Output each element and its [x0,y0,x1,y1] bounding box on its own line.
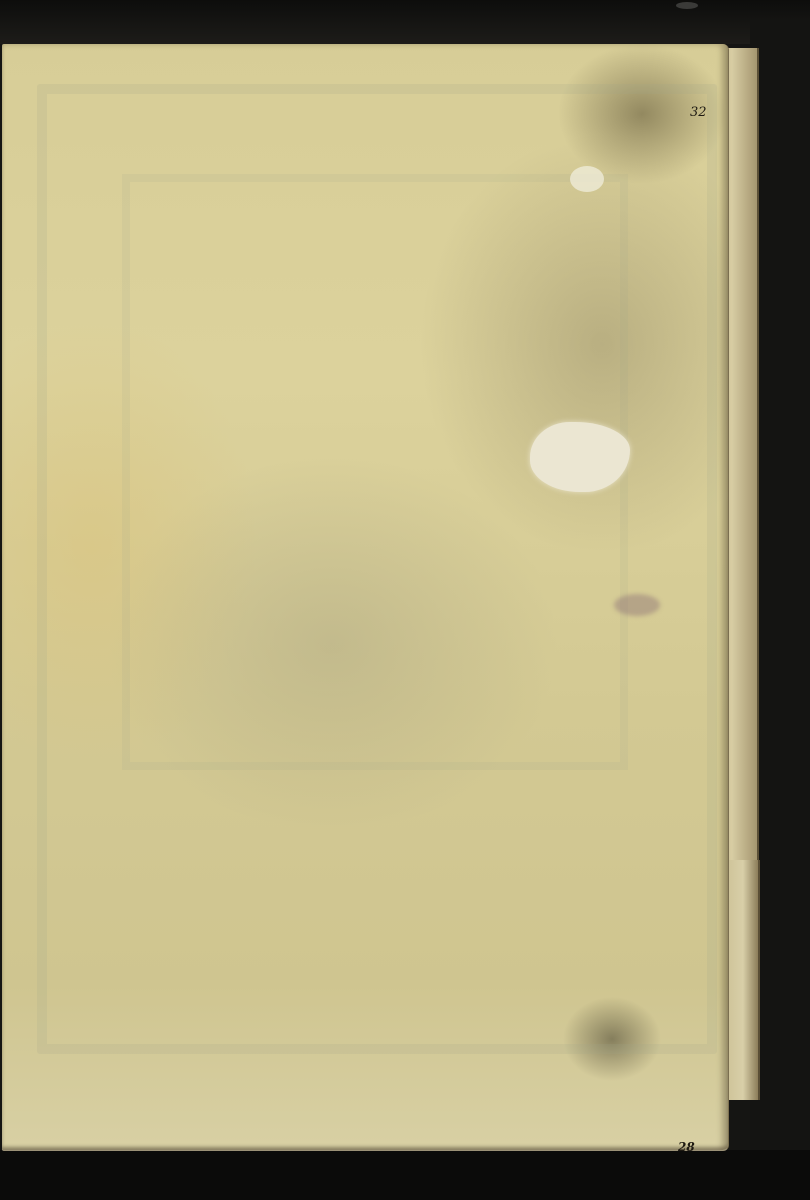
underlying-leaf-tab [728,860,760,1100]
folio-number-top: 32 [690,105,707,120]
parchment-leaf: 32 28 [2,44,729,1151]
background-bottom [0,1150,810,1200]
ink-stain [614,594,660,616]
folio-number-bottom: 28 [678,1140,695,1154]
clip [676,2,698,9]
parchment-abrasion [570,166,604,192]
